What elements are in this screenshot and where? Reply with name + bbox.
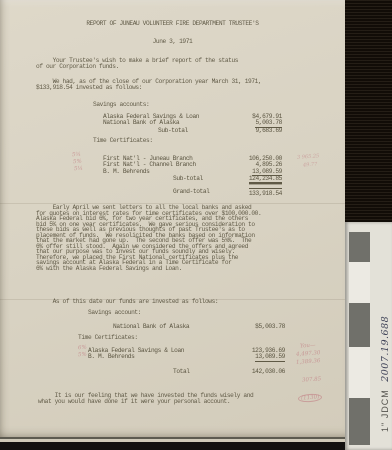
- time-certificates-heading: Time Certificates:: [93, 138, 153, 144]
- row-amount: 124,234.85: [249, 175, 282, 182]
- handwritten-annotation: 6%: [78, 345, 87, 352]
- subtotal-row: Sub-total 9,683.69: [0, 127, 282, 134]
- handwritten-annotation: 3 965.25: [297, 153, 320, 161]
- body-paragraph: Early April we sent letters to all the l…: [36, 205, 261, 271]
- handwritten-annotation: 307.85: [302, 376, 322, 383]
- savings-account-heading: Savings account:: [88, 310, 141, 316]
- scanned-document: REPORT OF JUNEAU VOLUNTEER FIRE DEPARTME…: [0, 0, 392, 450]
- wedge-block-white: [349, 262, 370, 303]
- row-label: National Bank of Alaska: [103, 119, 179, 126]
- subtotal-row: Sub-total 124,234.85: [0, 175, 282, 182]
- wedge-block-gray: [349, 232, 370, 262]
- row-amount: 133,918.54: [249, 188, 282, 197]
- table-row: B. M. Behrends 13,089.59: [0, 353, 285, 360]
- time-certificates-heading: Time Certificates:: [78, 335, 138, 341]
- scanner-background-band: [0, 442, 345, 450]
- row-label: Total: [173, 368, 190, 375]
- handwritten-annotation: 49.77: [303, 162, 318, 169]
- row-label: Grand-total: [173, 188, 209, 195]
- handwritten-annotation: 4,497.30: [296, 350, 321, 358]
- table-row: B. M. Behrends 13,089.59: [0, 168, 282, 175]
- row-amount: $5,003.78: [255, 323, 285, 330]
- accession-number: 2007.19.688: [380, 290, 392, 386]
- handwritten-annotation: 5¾: [72, 152, 81, 159]
- row-label: Sub-total: [173, 175, 203, 182]
- section2-intro: As of this date our funds are invested a…: [36, 299, 218, 305]
- intro-paragraph: Your Trustee's wish to make a brief repo…: [36, 58, 238, 70]
- grand-total-row: Grand-total 133,918.54: [0, 188, 282, 195]
- handwritten-annotation: You—: [300, 342, 316, 349]
- wedge-block-gray: [349, 303, 370, 347]
- report-title: REPORT OF JUNEAU VOLUNTEER FIRE DEPARTME…: [0, 21, 345, 27]
- handwritten-annotation: 5%: [73, 159, 82, 166]
- handwritten-annotation: 5%: [78, 352, 87, 359]
- handwritten-annotation: 5¼: [74, 166, 83, 173]
- handwritten-annotation: (1130): [298, 393, 323, 403]
- row-amount: 13,089.59: [255, 353, 285, 362]
- row-label: B. M. Behrends: [103, 168, 149, 175]
- handwritten-annotation: 1,389.36: [296, 358, 321, 366]
- row-amount: 9,683.69: [255, 127, 282, 134]
- wedge-block-gray: [349, 398, 370, 445]
- table-row: National Bank of Alaska $5,003.78: [0, 323, 285, 330]
- wedge-block-white: [349, 347, 370, 398]
- row-label: National Bank of Alaska: [113, 323, 189, 330]
- row-label: B. M. Behrends: [88, 353, 134, 360]
- grayscale-step-wedge: [349, 232, 370, 445]
- paper-sheet: REPORT OF JUNEAU VOLUNTEER FIRE DEPARTME…: [0, 0, 345, 437]
- ruler-printed-text: 1" JDCM: [380, 386, 390, 432]
- funds-paragraph: We had, as of the close of our Corporati…: [36, 79, 261, 91]
- row-label: Sub-total: [158, 127, 188, 134]
- row-amount: 142,030.06: [252, 368, 285, 375]
- table-row: National Bank of Alaska 5,003.78: [0, 119, 282, 126]
- total-row: Total 142,030.06: [0, 368, 285, 375]
- savings-accounts-heading: Savings accounts:: [93, 102, 149, 108]
- ruler-label: 1" JDCM 2007.19.688: [370, 236, 390, 446]
- closing-paragraph: It is our feeling that we have invested …: [38, 393, 253, 405]
- report-date: June 3, 1971: [0, 39, 345, 45]
